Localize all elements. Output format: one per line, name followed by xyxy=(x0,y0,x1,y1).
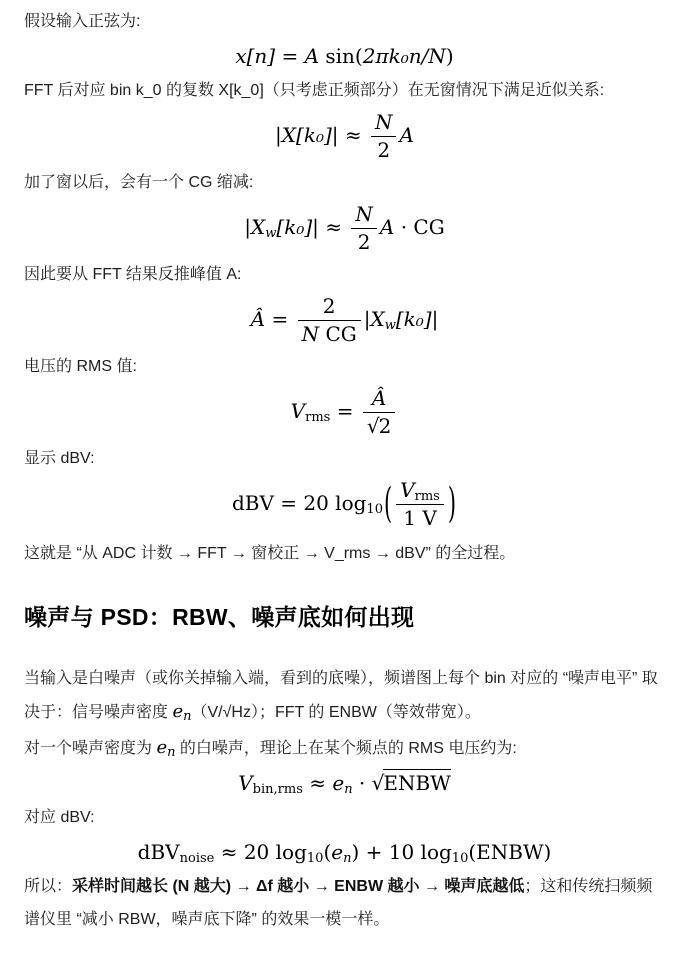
math-text: A xyxy=(399,123,413,147)
math-text: CG xyxy=(325,322,356,346)
subscript: bin,rms xyxy=(253,782,303,797)
left-paren: ( xyxy=(383,474,393,533)
paragraph-noise-density: 对一个噪声密度为 en 的白噪声，理论上在某个频点的 RMS 电压约为: xyxy=(24,731,665,765)
fraction: Vrms1 V xyxy=(396,478,444,531)
paragraph-voltage-rms: 电压的 RMS 值: xyxy=(24,350,665,383)
math-text: e xyxy=(331,840,343,864)
math-text: A xyxy=(380,215,394,239)
paragraph-full-process: 这就是 “从 ADC 计数 → FFT → 窗校正 → V_rms → dBV”… xyxy=(24,537,665,570)
math-text: |X xyxy=(364,307,385,331)
math-text: ) xyxy=(446,44,454,68)
math-text: V xyxy=(400,478,414,502)
formula-input-sine: x[n] = A sin(2πk₀n/N) xyxy=(24,41,665,71)
math-text: |X[k₀]| ≈ xyxy=(275,123,362,147)
radicand: 2 xyxy=(379,412,392,438)
text-segment: 所以： xyxy=(24,878,72,895)
math-text: |X xyxy=(244,215,265,239)
math-text: sin( xyxy=(325,44,362,68)
subscript: 10 xyxy=(366,502,383,517)
math-text: ≈ xyxy=(303,771,332,795)
math-text: e xyxy=(156,737,167,758)
math-text: V xyxy=(291,399,305,423)
paragraph-peak-recover: 因此要从 FFT 结果反推峰值 A: xyxy=(24,258,665,291)
math-text: dBV = 20 log xyxy=(232,491,366,515)
math-text: V xyxy=(238,771,252,795)
fraction: N2 xyxy=(371,110,397,163)
formula-dbv: dBV = 20 log10(Vrms1 V) xyxy=(24,478,665,531)
fraction: 2N CG xyxy=(298,294,361,347)
math-text: = xyxy=(330,399,359,423)
math-text: [k₀]| ≈ xyxy=(276,215,342,239)
paragraph-corresponding-dbv: 对应 dBV: xyxy=(24,801,665,834)
formula-vbin-rms: Vbin,rms ≈ en · √ENBW xyxy=(24,768,665,798)
numerator: N xyxy=(351,202,377,228)
math-text: N xyxy=(302,322,320,346)
math-text: [k₀]| xyxy=(396,307,438,331)
math-text: x[n] = A xyxy=(235,44,325,68)
numerator: Vrms xyxy=(396,478,444,504)
subscript: rms xyxy=(415,489,440,504)
numerator: N xyxy=(371,110,397,136)
paragraph-intro-sine: 假设输入正弦为: xyxy=(24,5,665,38)
text-segment: 的白噪声，理论上在某个频点的 RMS 电压约为: xyxy=(175,740,516,757)
right-paren: ) xyxy=(447,474,457,533)
radical-sign: √ xyxy=(367,414,379,438)
math-text: (ENBW) xyxy=(468,840,551,864)
section-heading-noise-psd: 噪声与 PSD：RBW、噪声底如何出现 xyxy=(24,602,665,632)
math-text: ) + 10 log xyxy=(351,840,451,864)
numerator: 2 xyxy=(298,294,361,320)
numerator: Â xyxy=(363,386,395,412)
radical-sign: √ xyxy=(372,771,384,795)
denominator: 2 xyxy=(351,228,377,255)
subscript: 10 xyxy=(452,851,469,866)
paragraph-window-cg: 加了窗以后，会有一个 CG 缩减: xyxy=(24,166,665,199)
math-text: Â = xyxy=(251,307,289,331)
math-text: 2πk₀n/N xyxy=(363,44,446,68)
subscript: 10 xyxy=(307,851,324,866)
math-text: · CG xyxy=(394,215,444,239)
text-segment: （V/√Hz）；FFT 的 ENBW（等效带宽）。 xyxy=(191,704,480,721)
formula-windowed-magnitude: |Xw[k₀]| ≈ N2A · CG xyxy=(24,202,665,255)
paragraph-white-noise: 当输入是白噪声（或你关掉输入端，看到的底噪），频谱图上每个 bin 对应的 “噪… xyxy=(24,662,665,729)
math-text: e xyxy=(332,771,344,795)
math-text: e xyxy=(172,701,183,722)
paragraph-conclusion: 所以：采样时间越长 (N 越大) → Δf 越小 → ENBW 越小 → 噪声底… xyxy=(24,870,665,936)
inline-math-en: en xyxy=(172,701,191,722)
inline-math-en: en xyxy=(156,737,175,758)
math-text: · xyxy=(353,771,372,795)
subscript: w xyxy=(265,226,276,241)
document-body: 假设输入正弦为: x[n] = A sin(2πk₀n/N) FFT 后对应 b… xyxy=(0,0,689,954)
formula-fft-magnitude: |X[k₀]| ≈ N2A xyxy=(24,110,665,163)
bold-emphasis: 采样时间越长 (N 越大) → Δf 越小 → ENBW 越小 → 噪声底越低 xyxy=(72,878,524,895)
subscript: noise xyxy=(180,851,215,866)
subscript: w xyxy=(385,318,396,333)
paragraph-fft-bin: FFT 后对应 bin k_0 的复数 X[k_0]（只考虑正频部分）在无窗情况… xyxy=(24,74,665,107)
formula-dbv-noise: dBVnoise ≈ 20 log10(en) + 10 log10(ENBW) xyxy=(24,837,665,867)
subscript: n xyxy=(344,782,352,797)
math-text: dBV xyxy=(138,840,180,864)
formula-amplitude-estimate: Â = 2N CG|Xw[k₀]| xyxy=(24,294,665,347)
radicand: ENBW xyxy=(383,769,450,795)
denominator: 2 xyxy=(371,136,397,163)
text-segment: 对一个噪声密度为 xyxy=(24,740,156,757)
denominator: N CG xyxy=(298,320,361,347)
formula-vrms: Vrms = Â√2 xyxy=(24,386,665,439)
fraction: N2 xyxy=(351,202,377,255)
paragraph-show-dbv: 显示 dBV: xyxy=(24,442,665,475)
denominator: 1 V xyxy=(396,504,444,531)
fraction: Â√2 xyxy=(363,386,395,439)
denominator: √2 xyxy=(363,412,395,439)
math-text: ≈ 20 log xyxy=(214,840,307,864)
subscript: rms xyxy=(305,410,330,425)
